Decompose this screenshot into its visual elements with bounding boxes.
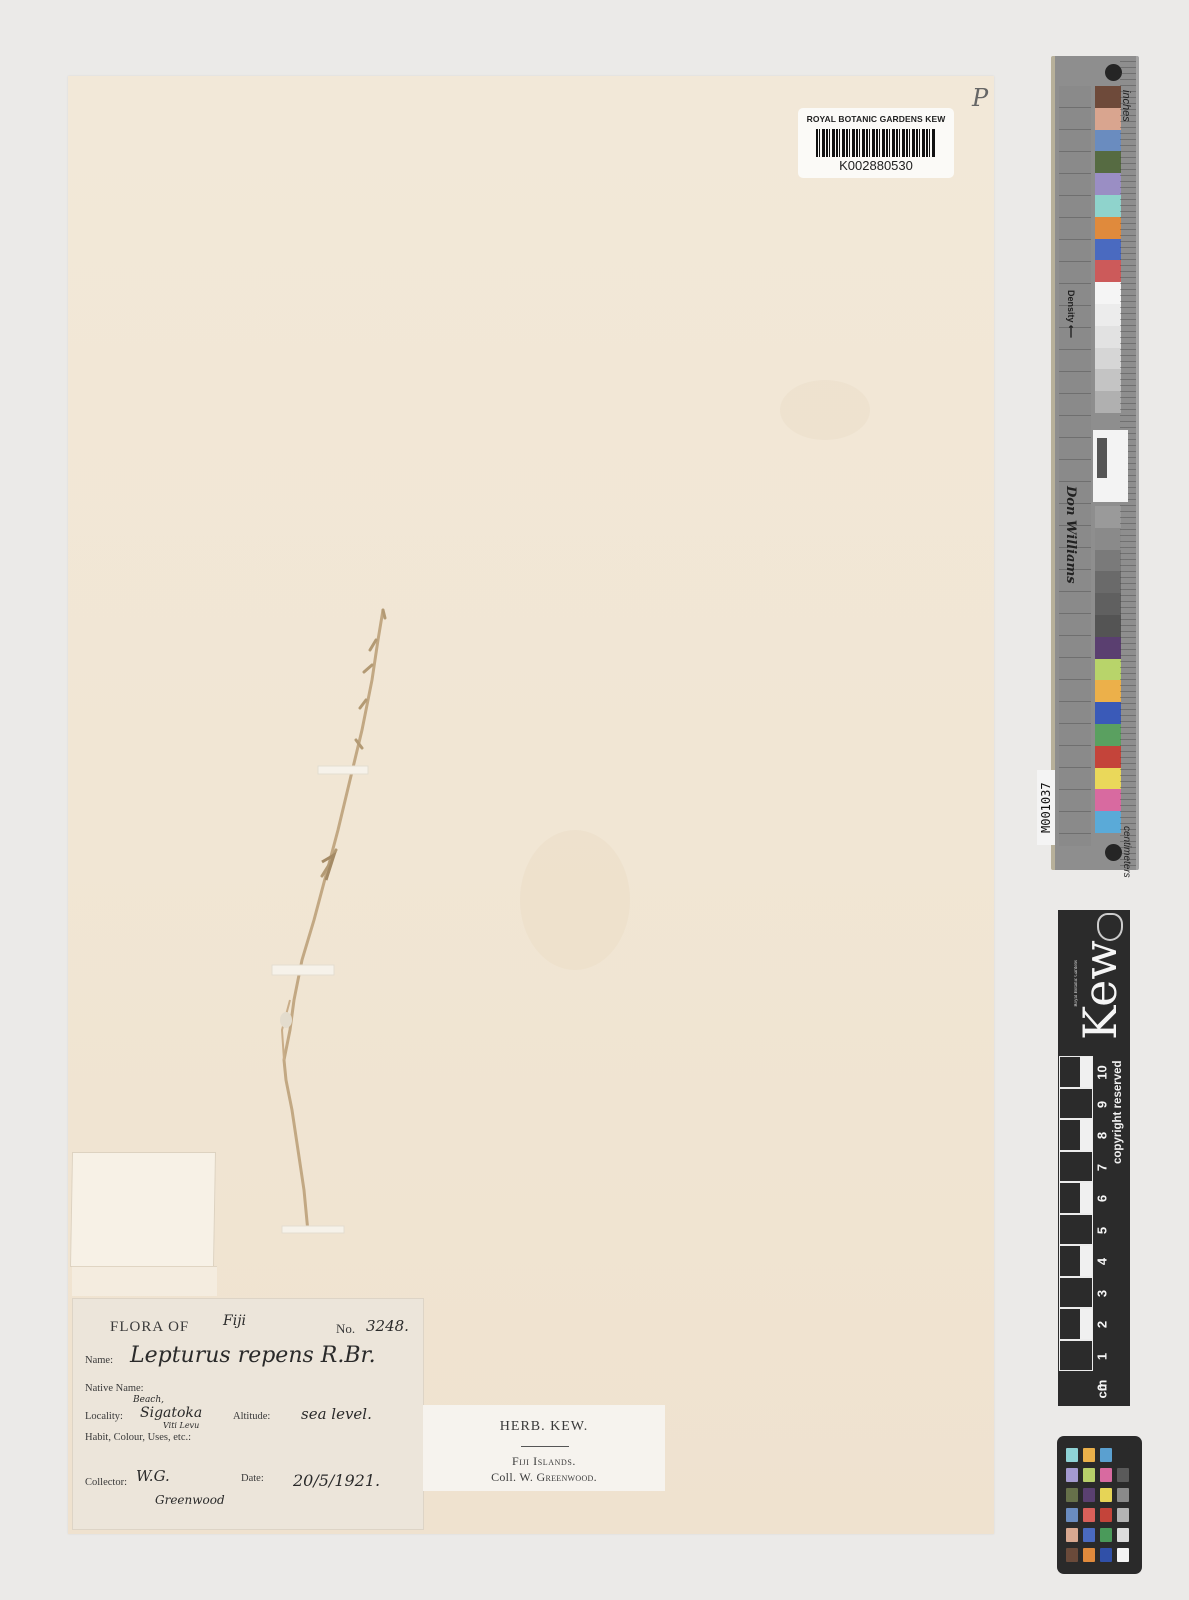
color-swatch <box>1095 304 1121 326</box>
kew-scale-segment <box>1059 1119 1093 1151</box>
kew-copyright: copyright reserved <box>1112 1050 1124 1175</box>
kew-scale-segment <box>1059 1277 1093 1309</box>
collection-number-label: No. <box>336 1321 355 1337</box>
color-swatch <box>1095 326 1121 348</box>
color-swatch <box>1095 239 1121 261</box>
kew-scale-segment <box>1059 1308 1093 1340</box>
color-swatch <box>1095 571 1121 593</box>
checker-patch <box>1083 1528 1095 1542</box>
kew-scale-segment <box>1059 1340 1093 1372</box>
kew-scale-numbers: 012345678910 <box>1093 1050 1111 1400</box>
checker-patch <box>1083 1508 1095 1522</box>
color-swatch <box>1095 637 1121 659</box>
name-label: Name: <box>85 1355 113 1366</box>
kew-scale-ticks <box>1059 1056 1093 1401</box>
paper-stain <box>780 380 870 440</box>
collector-name: Greenwood. <box>536 1470 596 1484</box>
barcode-number: K002880530 <box>798 158 954 173</box>
color-swatch <box>1095 659 1121 681</box>
kew-unit: cm <box>1095 1381 1110 1399</box>
color-swatch <box>1095 528 1121 550</box>
collection-date: 20/5/1921. <box>293 1471 380 1490</box>
kew-scale-number: 6 <box>1095 1190 1110 1208</box>
color-swatch <box>1095 593 1121 615</box>
color-swatch <box>1095 369 1121 391</box>
kew-scale-number: 1 <box>1095 1347 1110 1365</box>
native-name-label: Native Name: <box>85 1383 144 1394</box>
collector-label: Collector: <box>85 1477 127 1488</box>
checker-patch <box>1100 1508 1112 1522</box>
kew-scale-number: 7 <box>1095 1158 1110 1176</box>
color-swatch <box>1095 217 1121 239</box>
color-checker-card <box>1057 1436 1142 1574</box>
kew-scale-segment <box>1059 1056 1093 1088</box>
color-swatch <box>1095 702 1121 724</box>
paper-stain <box>520 830 630 970</box>
kew-crest-icon <box>1097 913 1123 941</box>
color-swatch <box>1095 260 1121 282</box>
herb-kew-collector: Coll. W. Greenwood. <box>423 1470 665 1485</box>
divider <box>521 1446 569 1447</box>
color-swatch <box>1095 615 1121 637</box>
color-swatch <box>1095 195 1121 217</box>
checker-patch <box>1117 1528 1129 1542</box>
barcode-institution: ROYAL BOTANIC GARDENS KEW <box>798 114 954 124</box>
ruler-cm-label: centimeters <box>1121 826 1132 878</box>
kew-scale-number: 4 <box>1095 1253 1110 1271</box>
species-name: Lepturus repens R.Br. <box>130 1343 376 1368</box>
altitude-label: Altitude: <box>233 1411 270 1422</box>
ruler-density-label: Density ⟵ <box>1066 290 1076 338</box>
altitude-value: sea level. <box>301 1405 372 1423</box>
color-swatch <box>1095 680 1121 702</box>
checker-patch <box>1066 1508 1078 1522</box>
date-label: Date: <box>241 1473 264 1484</box>
ruler-inches-label: inches <box>1120 90 1132 122</box>
kew-scale-number: 3 <box>1095 1284 1110 1302</box>
color-swatch <box>1095 151 1121 173</box>
kew-scale-number: 2 <box>1095 1316 1110 1334</box>
checker-patch <box>1100 1488 1112 1502</box>
locality-line-2: Sigatoka <box>140 1405 202 1421</box>
collection-number: 3248. <box>366 1317 409 1335</box>
color-swatch <box>1095 282 1121 304</box>
collector-prefix: Coll. W. <box>491 1470 533 1484</box>
checker-patch <box>1066 1448 1078 1462</box>
kew-scale-number: 8 <box>1095 1127 1110 1145</box>
ruler-swatches-top <box>1095 86 1121 413</box>
ruler-swatches-bottom <box>1095 506 1121 833</box>
collection-label: FLORA OF Fiji No. 3248. Name: Lepturus r… <box>72 1298 424 1530</box>
kew-scale-segment <box>1059 1088 1093 1120</box>
color-swatch <box>1095 811 1121 833</box>
color-swatch <box>1095 550 1121 572</box>
checker-patch <box>1117 1468 1129 1482</box>
checker-patch <box>1083 1468 1095 1482</box>
color-swatch <box>1095 746 1121 768</box>
color-swatch <box>1095 724 1121 746</box>
kew-scale-segment <box>1059 1245 1093 1277</box>
checker-patch <box>1100 1548 1112 1562</box>
kew-scale-segment <box>1059 1151 1093 1183</box>
seed-packet-flap <box>72 1266 217 1296</box>
checker-patch <box>1083 1448 1095 1462</box>
kew-subtitle: Royal Botanic Gardens <box>1074 960 1079 1007</box>
checker-patch <box>1117 1488 1129 1502</box>
barcode-label: ROYAL BOTANIC GARDENS KEW K002880530 <box>798 108 954 178</box>
herb-kew-locality: Fiji Islands. <box>423 1454 665 1469</box>
checker-patch <box>1066 1528 1078 1542</box>
kew-scale-number: 5 <box>1095 1221 1110 1239</box>
kew-scale-number: 10 <box>1095 1064 1110 1082</box>
checker-patch <box>1100 1468 1112 1482</box>
color-swatch <box>1095 86 1121 108</box>
checker-patch <box>1066 1548 1078 1562</box>
ruler-id-tag: M001037 <box>1037 770 1055 845</box>
herb-kew-title: HERB. KEW. <box>423 1419 665 1435</box>
checker-patch <box>1117 1448 1129 1462</box>
ruler-brand: Don Williams <box>1063 486 1078 584</box>
color-swatch <box>1095 768 1121 790</box>
collector-initials: W.G. <box>136 1467 170 1485</box>
checker-patch <box>1117 1508 1129 1522</box>
color-checker-grid <box>1066 1448 1129 1562</box>
color-swatch <box>1095 391 1121 413</box>
sheet-corner-mark: P <box>972 84 988 112</box>
checker-patch <box>1066 1468 1078 1482</box>
color-swatch <box>1095 506 1121 528</box>
ruler-density-values <box>1059 86 1091 846</box>
color-swatch <box>1095 108 1121 130</box>
checker-patch <box>1083 1548 1095 1562</box>
barcode-icon <box>816 129 936 157</box>
color-swatch <box>1095 789 1121 811</box>
color-swatch <box>1095 130 1121 152</box>
collector-surname: Greenwood <box>155 1493 225 1507</box>
kew-logo: Kew <box>1080 940 1120 1040</box>
herb-kew-label: HERB. KEW. Fiji Islands. Coll. W. Greenw… <box>423 1405 665 1491</box>
habit-label: Habit, Colour, Uses, etc.: <box>85 1432 191 1443</box>
seed-packet[interactable] <box>70 1152 216 1267</box>
flora-title: FLORA OF <box>110 1319 189 1336</box>
flora-country: Fiji <box>223 1313 246 1329</box>
checker-patch <box>1066 1488 1078 1502</box>
kew-scale-number: 9 <box>1095 1095 1110 1113</box>
color-swatch <box>1095 348 1121 370</box>
locality-label: Locality: <box>85 1411 123 1422</box>
ruler-resolution-target <box>1093 430 1128 502</box>
kew-scale-segment <box>1059 1214 1093 1246</box>
checker-patch <box>1100 1528 1112 1542</box>
kew-scale-segment <box>1059 1182 1093 1214</box>
locality-line-1: Beach, <box>133 1395 164 1405</box>
checker-patch <box>1100 1448 1112 1462</box>
color-swatch <box>1095 173 1121 195</box>
checker-patch <box>1117 1548 1129 1562</box>
checker-patch <box>1083 1488 1095 1502</box>
locality-line-3: Viti Levu <box>163 1421 199 1430</box>
